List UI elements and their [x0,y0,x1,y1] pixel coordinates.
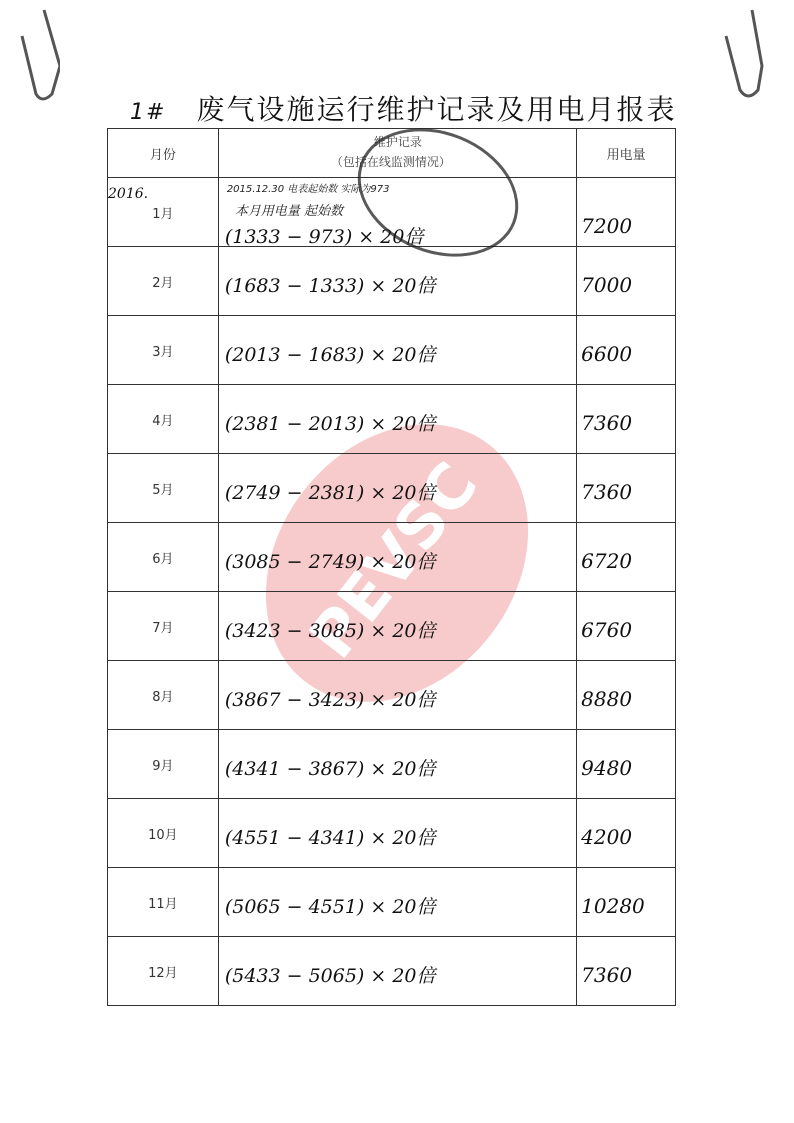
table-row: 4月(2381 − 2013) × 20倍7360 [108,385,676,454]
month-cell: 8月 [108,661,219,730]
record-formula: (4551 − 4341) × 20倍 [225,823,436,850]
table-row: 11月(5065 − 4551) × 20倍10280 [108,868,676,937]
record-formula: (2749 − 2381) × 20倍 [225,478,436,505]
month-cell: 5月 [108,454,219,523]
table-row: 8月(3867 − 3423) × 20倍8880 [108,661,676,730]
table-row: 12月(5433 − 5065) × 20倍7360 [108,937,676,1006]
usage-cell: 6720 [577,523,676,592]
title-text: 废气设施运行维护记录及用电月报表 [196,93,676,126]
month-cell: 7月 [108,592,219,661]
usage-cell: 7200 [577,178,676,247]
record-formula: (5065 − 4551) × 20倍 [225,892,436,919]
record-cell: (5433 − 5065) × 20倍 [218,937,576,1006]
paper-clip-icon [722,6,768,102]
usage-cell: 7360 [577,385,676,454]
table-row: 3月(2013 − 1683) × 20倍6600 [108,316,676,385]
record-cell: (4341 − 3867) × 20倍 [218,730,576,799]
usage-value: 6600 [581,342,632,366]
table-row: 9月(4341 − 3867) × 20倍9480 [108,730,676,799]
note-line-1: 2015.12.30 电表起始数 实际为973 [227,180,390,195]
table-row: 2月(1683 − 1333) × 20倍7000 [108,247,676,316]
usage-cell: 10280 [577,868,676,937]
usage-cell: 9480 [577,730,676,799]
usage-cell: 7000 [577,247,676,316]
record-formula: (5433 − 5065) × 20倍 [225,961,436,988]
record-cell: (5065 − 4551) × 20倍 [218,868,576,937]
record-formula: (4341 − 3867) × 20倍 [225,754,436,781]
record-cell: (3423 − 3085) × 20倍 [218,592,576,661]
note-line-2: 本月用电量 起始数 [235,200,343,219]
record-cell: (3085 − 2749) × 20倍 [218,523,576,592]
record-cell: (2381 − 2013) × 20倍 [218,385,576,454]
header-month: 月份 [108,129,219,178]
record-cell: (2013 − 1683) × 20倍 [218,316,576,385]
month-cell: 11月 [108,868,219,937]
year-note: 2016. [108,186,148,202]
usage-value: 6760 [581,618,632,642]
usage-value: 8880 [581,687,632,711]
month-cell: 9月 [108,730,219,799]
report-table: 月份 维护记录 （包括在线监测情况） 用电量 1月2015.12.30 电表起始… [107,128,676,1006]
usage-value: 7360 [581,480,632,504]
record-formula: (3423 − 3085) × 20倍 [225,616,436,643]
month-cell: 6月 [108,523,219,592]
usage-cell: 6760 [577,592,676,661]
usage-value: 9480 [581,756,632,780]
table-row: 1月2015.12.30 电表起始数 实际为973本月用电量 起始数(1333 … [108,178,676,247]
record-cell: (3867 − 3423) × 20倍 [218,661,576,730]
month-cell: 4月 [108,385,219,454]
record-formula: (3867 − 3423) × 20倍 [225,685,436,712]
usage-value: 7000 [581,273,632,297]
table-row: 7月(3423 − 3085) × 20倍6760 [108,592,676,661]
header-record-subtitle: （包括在线监测情况） [331,153,451,170]
usage-cell: 8880 [577,661,676,730]
usage-cell: 7360 [577,937,676,1006]
month-cell: 3月 [108,316,219,385]
header-record-title: 维护记录 [374,133,422,150]
table-row: 10月(4551 − 4341) × 20倍4200 [108,799,676,868]
usage-value: 7360 [581,411,632,435]
record-cell: 2015.12.30 电表起始数 实际为973本月用电量 起始数(1333 − … [218,178,576,247]
month-cell: 2月 [108,247,219,316]
record-formula: (2381 − 2013) × 20倍 [225,409,436,436]
header-electricity: 用电量 [577,129,676,178]
page-title: 1#废气设施运行维护记录及用电月报表 [130,88,676,128]
header-record: 维护记录 （包括在线监测情况） [218,129,576,178]
usage-value: 7360 [581,963,632,987]
table-row: 5月(2749 − 2381) × 20倍7360 [108,454,676,523]
usage-value: 10280 [581,894,645,918]
record-formula: (2013 − 1683) × 20倍 [225,340,436,367]
usage-cell: 7360 [577,454,676,523]
usage-cell: 4200 [577,799,676,868]
record-cell: (1683 − 1333) × 20倍 [218,247,576,316]
record-cell: (4551 − 4341) × 20倍 [218,799,576,868]
usage-value: 4200 [581,825,632,849]
paper-clip-icon [14,6,60,102]
usage-value: 6720 [581,549,632,573]
usage-value: 7200 [581,214,632,238]
title-prefix: 1# [130,100,166,125]
month-cell: 12月 [108,937,219,1006]
record-formula: (1683 − 1333) × 20倍 [225,271,436,298]
record-formula: (1333 − 973) × 20倍 [225,222,424,249]
usage-cell: 6600 [577,316,676,385]
table-row: 6月(3085 − 2749) × 20倍6720 [108,523,676,592]
month-cell: 10月 [108,799,219,868]
record-formula: (3085 − 2749) × 20倍 [225,547,436,574]
record-cell: (2749 − 2381) × 20倍 [218,454,576,523]
